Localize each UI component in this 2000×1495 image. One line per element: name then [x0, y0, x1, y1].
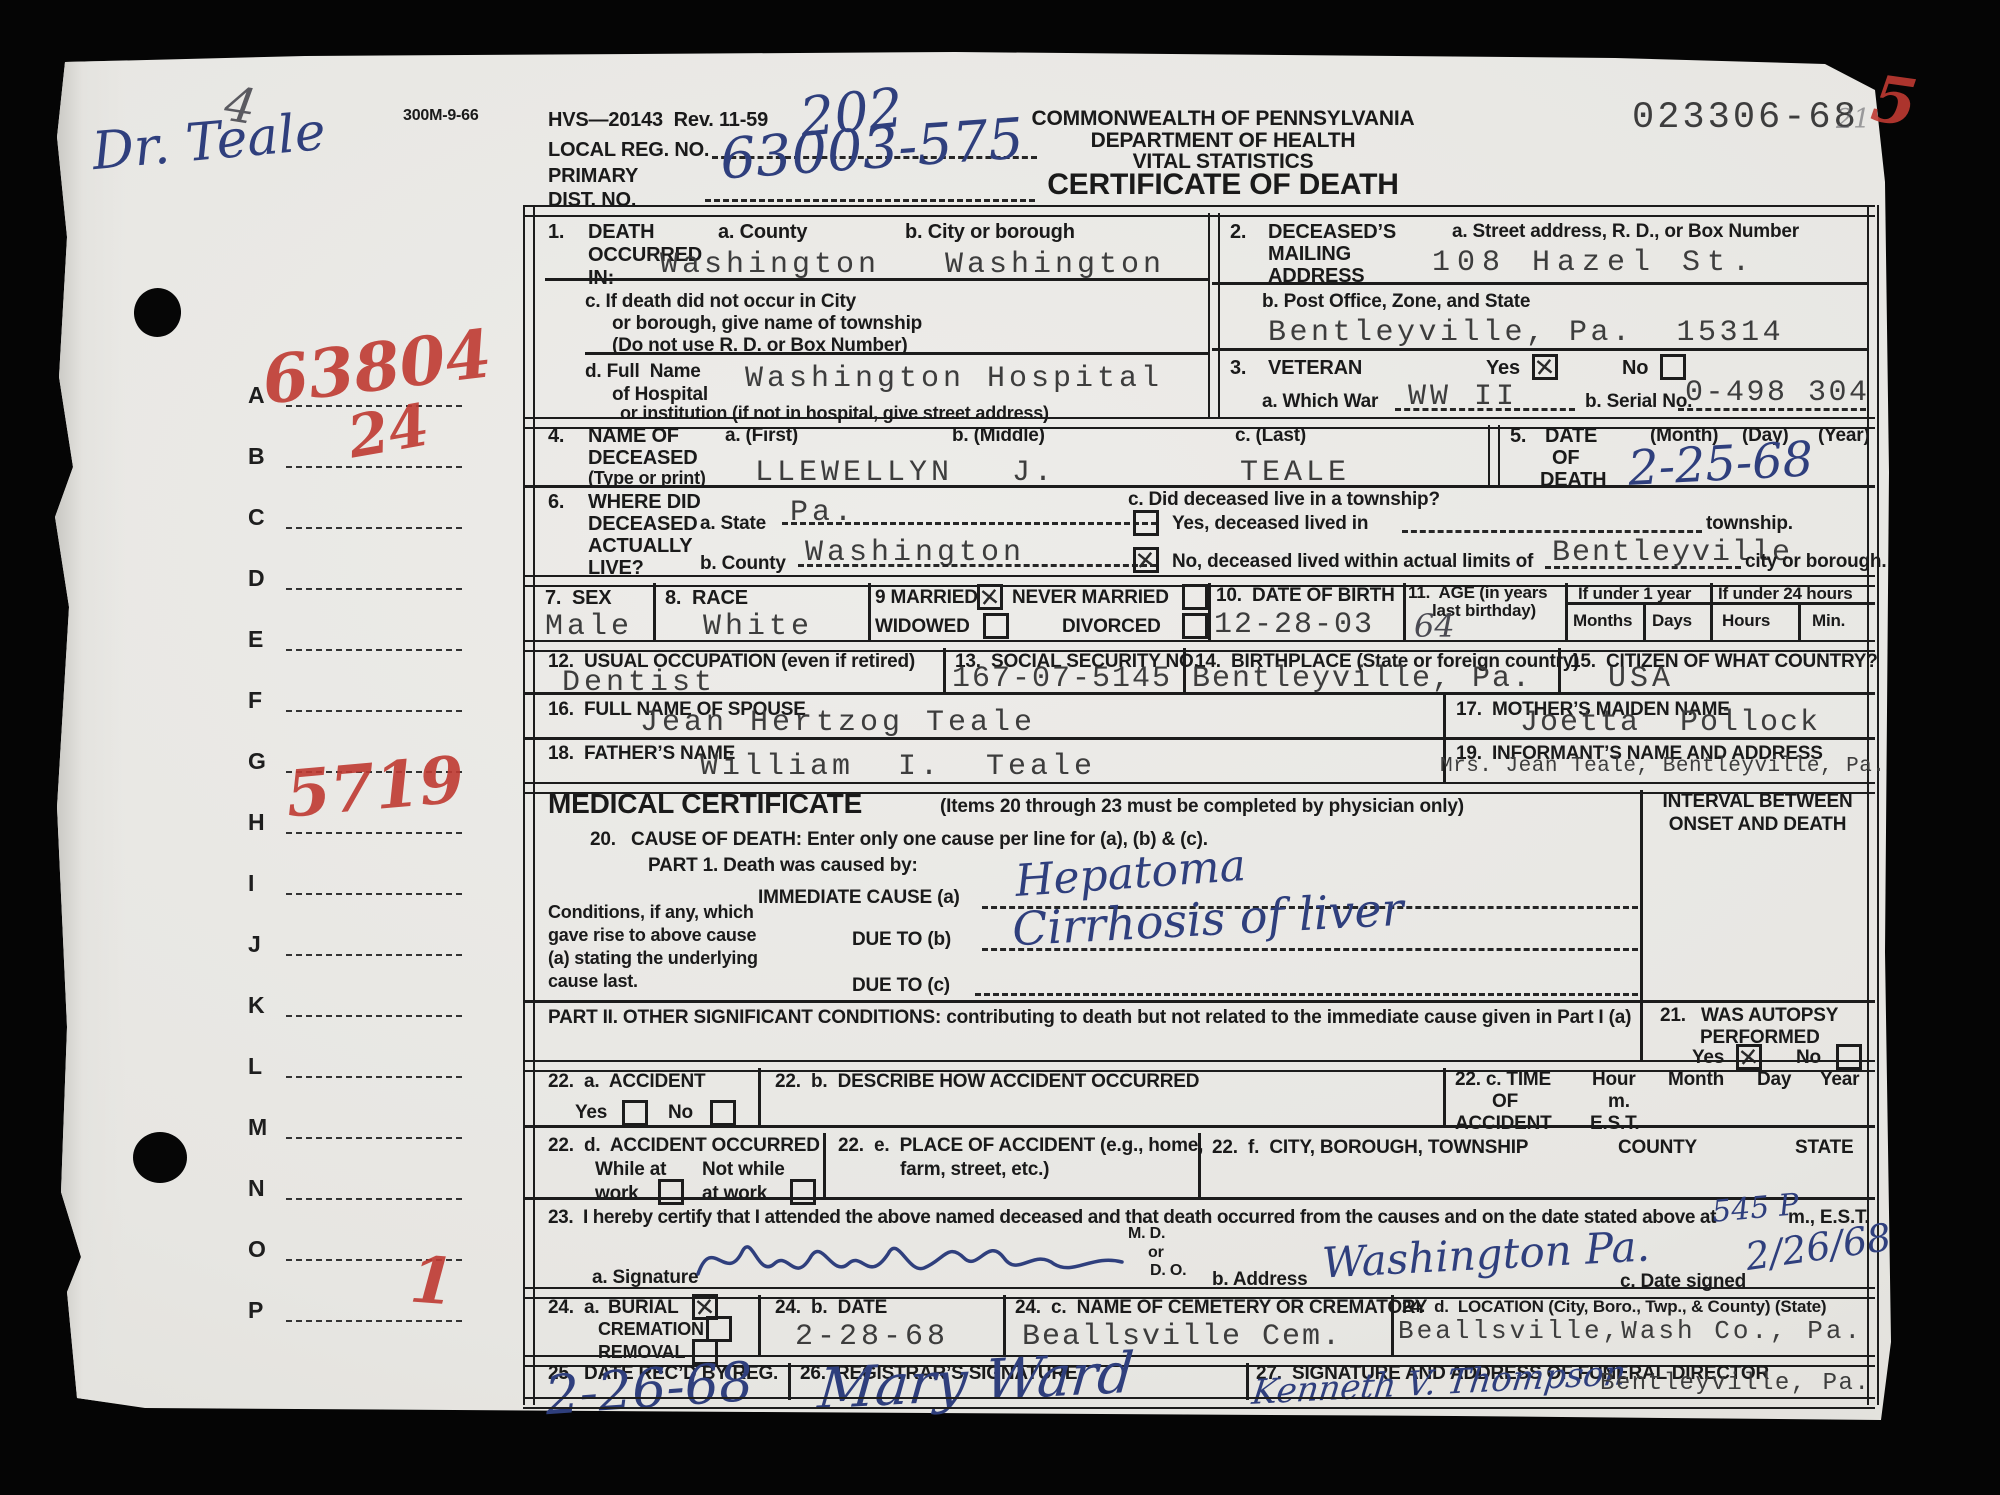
rule — [286, 893, 462, 895]
date-of-death-label: DATE — [1545, 426, 1597, 446]
last-name-value: TEALE — [1240, 458, 1350, 488]
index-letter: H — [248, 811, 265, 834]
time-of-death-value: 545 P — [1711, 1190, 1800, 1227]
red-annotation-b: 24 — [344, 395, 434, 466]
township-instruction: c. If death did not occur in City — [585, 292, 856, 311]
rule — [1710, 583, 1713, 640]
post-office-label: b. Post Office, Zone, and State — [1262, 292, 1530, 311]
rule — [653, 583, 656, 640]
where-lived-label: DECEASED — [588, 514, 698, 534]
medical-certificate-title: MEDICAL CERTIFICATE — [548, 790, 862, 818]
state-label: STATE — [1795, 1138, 1853, 1157]
part1-label: PART 1. Death was caused by: — [648, 856, 918, 875]
mailing-address-label: MAILING — [1268, 244, 1351, 264]
hospital-label: d. Full Name — [585, 362, 701, 381]
month-label: Month — [1668, 1070, 1724, 1089]
rule — [286, 1198, 462, 1200]
red-number-five: 5 — [1868, 67, 1921, 137]
rule — [1643, 602, 1646, 640]
rule — [1208, 213, 1220, 417]
rule — [286, 710, 462, 712]
stock-number: 300M-9-66 — [403, 108, 479, 124]
rule — [868, 583, 871, 640]
rule — [798, 564, 1156, 567]
index-letter: B — [248, 445, 265, 468]
accident-yes-checkbox — [622, 1100, 648, 1126]
township-instruction: or borough, give name of township — [612, 314, 922, 333]
index-letter: G — [248, 750, 266, 773]
rule — [286, 649, 462, 651]
rule — [1678, 408, 1866, 411]
rule — [1545, 566, 1741, 569]
immediate-cause-label: IMMEDIATE CAUSE (a) — [758, 888, 960, 907]
place-of-accident-label: 22. e. PLACE OF ACCIDENT (e.g., home, — [838, 1136, 1203, 1155]
at-work-label: at work — [702, 1184, 767, 1203]
rule — [523, 1125, 1875, 1128]
rule — [286, 588, 462, 590]
local-reg-label: LOCAL REG. NO. — [548, 140, 709, 160]
date-of-birth-label: 10. DATE OF BIRTH — [1216, 586, 1395, 605]
widowed-label: WIDOWED — [875, 617, 970, 636]
year-label: Year — [1820, 1070, 1859, 1089]
rule — [585, 352, 1208, 355]
conditions-note: gave rise to above cause — [548, 926, 756, 944]
index-letter: E — [248, 628, 263, 651]
hours-label: Hours — [1722, 612, 1770, 629]
place-of-accident-label: farm, street, etc.) — [900, 1160, 1049, 1179]
mother-maiden-value: Joetta Pollock — [1520, 708, 1820, 738]
rule — [758, 1068, 761, 1125]
day-label: Day — [1757, 1070, 1791, 1089]
department-line: DEPARTMENT OF HEALTH — [958, 130, 1488, 151]
scanned-death-certificate: 4 Dr. Teale 300M-9-66 A B C D E F G H I … — [0, 0, 2000, 1495]
township-yes-label: Yes, deceased lived in — [1172, 514, 1368, 533]
veteran-label: VETERAN — [1268, 358, 1362, 378]
hospital-value: Washington Hospital — [745, 364, 1163, 394]
last-name-label: c. (Last) — [1235, 426, 1306, 445]
physician-signature — [690, 1222, 1130, 1297]
rule — [523, 1197, 1875, 1200]
rule — [1212, 348, 1867, 351]
birthplace-value: Bentleyville, Pa. — [1192, 664, 1532, 694]
rule — [1565, 583, 1568, 640]
date-of-birth-value: 12-28-03 — [1214, 610, 1374, 640]
rule — [758, 1295, 761, 1355]
date-received-value: 2-26-68 — [543, 1355, 755, 1423]
index-letter: O — [248, 1238, 266, 1261]
rule — [523, 692, 1875, 695]
township-question-label: c. Did deceased live in a township? — [1128, 490, 1440, 509]
months-label: Months — [1573, 612, 1632, 629]
conditions-note: (a) stating the underlying — [548, 949, 758, 967]
pencil-note: 21 — [1836, 106, 1870, 133]
rule — [1402, 530, 1702, 533]
accident-no-checkbox — [710, 1100, 736, 1126]
red-annotation-p: 1 — [408, 1249, 457, 1316]
time-of-accident-label: 22. c. TIME — [1455, 1070, 1551, 1089]
interval-label: ONSET AND DEATH — [1640, 815, 1875, 834]
work-label: work — [595, 1184, 639, 1203]
rule — [286, 1137, 462, 1139]
field-number: 1. — [548, 222, 564, 242]
father-name-value: William I. Teale — [700, 752, 1096, 782]
rule — [1798, 602, 1801, 640]
death-occurred-label: DEATH — [588, 222, 654, 242]
index-letter: N — [248, 1177, 265, 1200]
name-of-deceased-label: NAME OF — [588, 426, 679, 446]
due-to-b-label: DUE TO (b) — [852, 930, 951, 949]
serial-no-value: 0-498 304 — [1685, 378, 1870, 408]
index-letter: P — [248, 1299, 263, 1322]
red-annotation-h: 5719 — [284, 748, 467, 827]
time-of-accident-label: ACCIDENT — [1455, 1114, 1552, 1133]
rule — [1488, 425, 1500, 485]
funeral-director-address: Bentleyville, Pa. — [1600, 1372, 1870, 1396]
field-number: 24. a. — [548, 1298, 599, 1317]
rule — [286, 1076, 462, 1078]
rule — [523, 1397, 1875, 1409]
where-lived-label: WHERE DID — [588, 492, 701, 512]
township-yes-checkbox — [1133, 510, 1159, 536]
rule — [545, 278, 1208, 281]
or-label: or — [1148, 1245, 1164, 1261]
year-label: (Year) — [1818, 426, 1870, 445]
veteran-no-checkbox — [1660, 354, 1686, 380]
rule — [1208, 583, 1211, 640]
commonwealth-line: COMMONWEALTH OF PENNSYLVANIA — [958, 108, 1488, 129]
part2-label: PART II. OTHER SIGNIFICANT CONDITIONS: c… — [548, 1008, 1631, 1027]
interval-label: INTERVAL BETWEEN — [1640, 792, 1875, 811]
index-letter: I — [248, 872, 254, 895]
race-value: White — [703, 612, 813, 642]
hour-label: Hour — [1592, 1070, 1636, 1089]
township-suffix-label: township. — [1706, 514, 1793, 533]
due-to-c-label: DUE TO (c) — [852, 976, 950, 995]
describe-accident-label: 22. b. DESCRIBE HOW ACCIDENT OCCURRED — [775, 1072, 1199, 1091]
middle-name-value: J. — [1012, 458, 1056, 488]
hospital-label: of Hospital — [612, 385, 708, 404]
days-label: Days — [1652, 612, 1692, 629]
first-name-value: LLEWELLYN — [755, 458, 953, 488]
rule — [823, 1133, 826, 1197]
rule — [286, 1015, 462, 1017]
not-while-label: Not while — [702, 1160, 785, 1179]
sex-value: Male — [545, 612, 633, 642]
rule — [975, 993, 1638, 996]
city-value: Washington — [945, 250, 1165, 280]
which-war-label: a. Which War — [1262, 392, 1378, 411]
primary-label: PRIMARY — [548, 166, 638, 186]
punch-hole-bottom — [133, 1132, 187, 1183]
autopsy-label: 21. WAS AUTOPSY — [1660, 1006, 1838, 1025]
work-checkbox — [658, 1179, 684, 1205]
cemetery-label: 24. c. NAME OF CEMETERY OR CREMATORY — [1015, 1298, 1427, 1317]
under-24-hours-label: If under 24 hours — [1718, 585, 1853, 602]
field-number: 6. — [548, 492, 564, 512]
m-label: m. — [1608, 1092, 1630, 1111]
burial-date-label: 24. b. DATE — [775, 1298, 887, 1317]
under-one-year-label: If under 1 year — [1578, 585, 1691, 602]
married-label: 9 MARRIED — [875, 588, 978, 607]
rule — [1395, 408, 1575, 411]
date-of-death-label: OF — [1552, 448, 1579, 468]
rule — [1443, 1068, 1446, 1125]
city-borough-label: b. City or borough — [905, 222, 1075, 242]
field-number: 5. — [1510, 426, 1526, 446]
signature-label: a. Signature — [592, 1268, 698, 1287]
never-married-label: NEVER MARRIED — [1012, 588, 1169, 607]
medical-certificate-subtitle: (Items 20 through 23 must be completed b… — [940, 797, 1464, 816]
rule — [1003, 1295, 1006, 1355]
mailing-address-label: DECEASED’S — [1268, 222, 1396, 242]
index-letter: J — [248, 933, 261, 956]
index-letter: F — [248, 689, 262, 712]
street-address-label: a. Street address, R. D., or Box Number — [1452, 222, 1799, 241]
index-letter: L — [248, 1055, 262, 1078]
md-label: M. D. — [1128, 1226, 1165, 1242]
county-value: Washington — [660, 250, 880, 280]
cause-of-death-label: 20. CAUSE OF DEATH: Enter only one cause… — [590, 830, 1208, 849]
serial-no-label: b. Serial No. — [1585, 392, 1692, 411]
rule — [286, 1320, 462, 1322]
accident-no-label: No — [668, 1103, 693, 1122]
state-label: a. State — [700, 514, 766, 533]
name-of-deceased-label: DECEASED — [588, 448, 698, 468]
city-borough-suffix-label: city or borough. — [1745, 552, 1886, 571]
cemetery-location-label: 24. d. LOCATION (City, Boro., Twp., & Co… — [1402, 1298, 1826, 1315]
county-label: a. County — [718, 222, 807, 242]
widowed-checkbox — [983, 613, 1009, 639]
conditions-note: cause last. — [548, 972, 638, 990]
rule — [1403, 583, 1406, 640]
burial-label: BURIAL — [608, 1298, 679, 1317]
not-at-work-checkbox — [790, 1179, 816, 1205]
divorced-label: DIVORCED — [1062, 617, 1161, 636]
accident-yes-label: Yes — [575, 1103, 607, 1122]
rule — [1246, 1363, 1249, 1400]
while-at-label: While at — [595, 1160, 666, 1179]
field-number: 4. — [548, 426, 564, 446]
rule — [788, 1363, 791, 1400]
rule — [286, 954, 462, 956]
conditions-note: Conditions, if any, which — [548, 903, 754, 921]
rule — [943, 648, 946, 692]
ssn-value: 167-07-5145 — [952, 664, 1172, 694]
burial-date-value: 2-28-68 — [795, 1322, 949, 1352]
index-letter: K — [248, 994, 265, 1017]
township-no-checkbox — [1133, 547, 1159, 573]
age-value: 64 — [1414, 610, 1455, 642]
first-name-label: a. (First) — [725, 426, 798, 445]
street-address-value: 108 Hazel St. — [1432, 248, 1757, 278]
veteran-yes-checkbox — [1532, 354, 1558, 380]
accident-label: 22. a. ACCIDENT — [548, 1072, 705, 1091]
city-borough-township-label: 22. f. CITY, BOROUGH, TOWNSHIP — [1212, 1138, 1528, 1157]
race-label: 8. RACE — [665, 588, 748, 608]
rule — [1443, 694, 1446, 737]
index-letter: M — [248, 1116, 267, 1139]
index-letter: A — [248, 384, 265, 407]
rule — [523, 737, 1875, 740]
rule — [523, 1000, 1875, 1003]
field-number: 3. — [1230, 358, 1246, 378]
est-label: E.S.T. — [1590, 1114, 1639, 1133]
rule — [782, 522, 1157, 525]
rule — [523, 205, 1875, 217]
rule — [523, 485, 1875, 488]
spouse-value: Jean Hertzog Teale — [640, 708, 1036, 738]
time-of-accident-label: OF — [1492, 1092, 1518, 1111]
where-lived-label: ACTUALLY — [588, 536, 692, 556]
rule — [523, 205, 535, 1405]
certificate-title: CERTIFICATE OF DEATH — [958, 170, 1488, 200]
rule — [1212, 282, 1867, 285]
never-married-checkbox — [1182, 584, 1208, 610]
rule — [286, 527, 462, 529]
rule — [286, 832, 462, 834]
field-number: 2. — [1230, 222, 1246, 242]
veteran-no-label: No — [1622, 358, 1648, 378]
citizen-value: USA — [1608, 664, 1674, 694]
divorced-checkbox — [1182, 613, 1208, 639]
certificate-number: 023306-68 — [1632, 100, 1859, 137]
index-letter: D — [248, 567, 265, 590]
accident-occurred-label: 22. d. ACCIDENT OCCURRED — [548, 1136, 820, 1155]
cemetery-location-value: Beallsville,Wash Co., Pa. — [1398, 1318, 1863, 1344]
middle-name-label: b. (Middle) — [952, 426, 1045, 445]
post-office-value: Bentleyville, Pa. 15314 — [1268, 318, 1784, 348]
township-no-label: No, deceased lived within actual limits … — [1172, 552, 1533, 571]
minutes-label: Min. — [1812, 612, 1845, 629]
county-label: COUNTY — [1618, 1138, 1697, 1157]
informant-value: Mrs. Jean Teale, Bentleyville, Pa. — [1440, 756, 1885, 777]
cremation-label: CREMATION — [598, 1320, 704, 1338]
county-label: b. County — [700, 554, 786, 573]
married-checkbox — [977, 584, 1003, 610]
index-letter: C — [248, 506, 265, 529]
sex-label: 7. SEX — [545, 588, 611, 608]
do-label: D. O. — [1150, 1263, 1186, 1279]
veteran-yes-label: Yes — [1486, 358, 1520, 378]
age-label: 11. AGE (in years — [1408, 584, 1547, 601]
